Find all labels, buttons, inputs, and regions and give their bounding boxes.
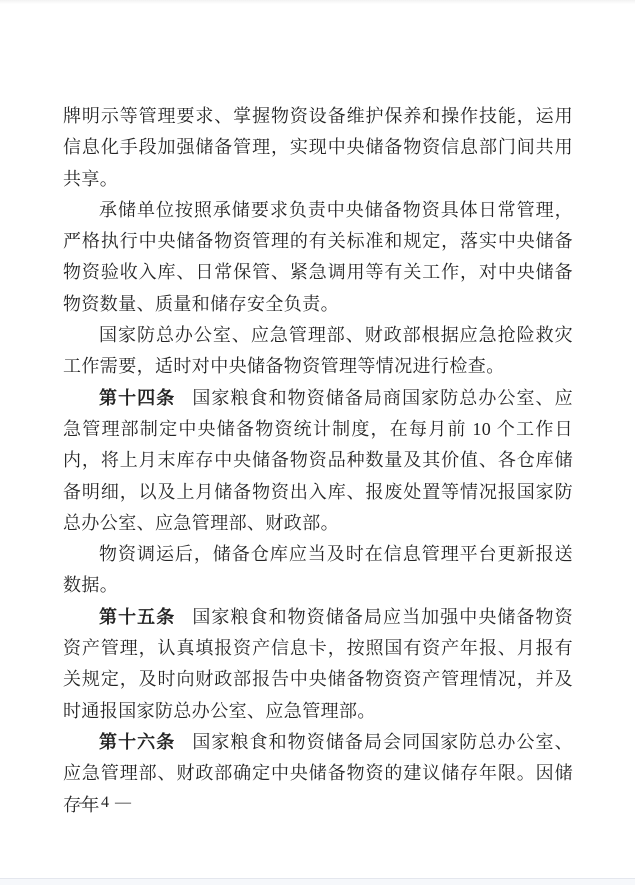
document-page: 牌明示等管理要求、掌握物资设备维护保养和操作技能，运用信息化手段加强储备管理，实… <box>0 0 635 885</box>
article-number-heading: 第十五条 <box>99 607 192 627</box>
paragraph: 承储单位按照承储要求负责中央储备物资具体日常管理，严格执行中央储备物资管理的有关… <box>63 195 573 320</box>
article-number-heading: 第十四条 <box>99 388 192 408</box>
paragraph: 牌明示等管理要求、掌握物资设备维护保养和操作技能，运用信息化手段加强储备管理，实… <box>63 101 573 195</box>
paragraph: 第十五条国家粮食和物资储备局应当加强中央储备物资资产管理，认真填报资产信息卡，按… <box>63 602 573 727</box>
article-number-heading: 第十六条 <box>99 732 192 752</box>
scan-top-edge <box>0 0 635 4</box>
paragraph: 第十四条国家粮食和物资储备局商国家防总办公室、应急管理部制定中央储备物资统计制度… <box>63 383 573 539</box>
document-text-block: 牌明示等管理要求、掌握物资设备维护保养和操作技能，运用信息化手段加强储备管理，实… <box>63 101 573 821</box>
paragraph: 第十六条国家粮食和物资储备局会同国家防总办公室、应急管理部、财政部确定中央储备物… <box>63 727 573 821</box>
scan-bottom-edge <box>0 878 635 885</box>
paragraph: 国家防总办公室、应急管理部、财政部根据应急抢险救灾工作需要，适时对中央储备物资管… <box>63 320 573 383</box>
page-number: — 4 — <box>79 793 132 813</box>
paragraph: 物资调运后，储备仓库应当及时在信息管理平台更新报送数据。 <box>63 539 573 602</box>
